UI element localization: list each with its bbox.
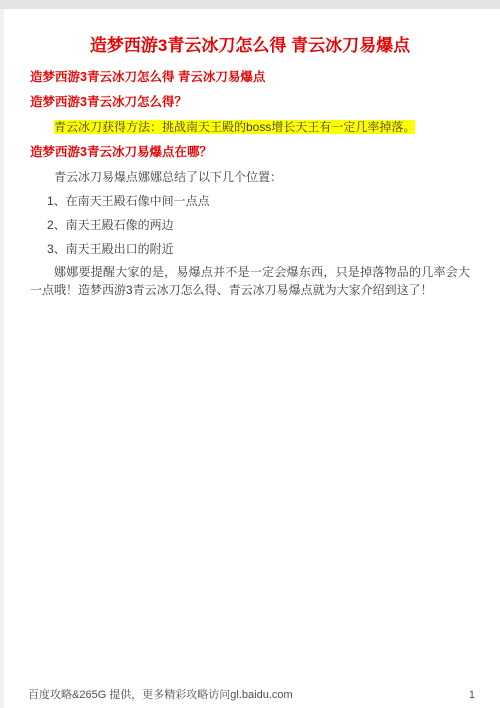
highlighted-answer-text: 青云冰刀获得方法：挑战南天王殿的boss增长天王有一定几率掉落。 [54, 120, 415, 134]
page-footer: 百度攻略&265G 提供，更多精彩攻略访问gl.baidu.com 1 [28, 686, 475, 702]
answer-paragraph: 青云冰刀获得方法：挑战南天王殿的boss增长天王有一定几率掉落。 [30, 119, 470, 135]
location-item-1: 1、在南天王殿石像中间一点点 [30, 193, 470, 209]
left-edge-strip [0, 9, 4, 708]
document-page: 造梦西游3青云冰刀怎么得 青云冰刀易爆点 造梦西游3青云冰刀怎么得 青云冰刀易爆… [0, 0, 500, 708]
article-subtitle: 造梦西游3青云冰刀怎么得 青云冰刀易爆点 [30, 69, 470, 85]
location-item-3: 3、南天王殿出口的附近 [30, 241, 470, 257]
conclusion-paragraph: 娜娜要提醒大家的是，易爆点并不是一定会爆东西，只是掉落物品的几率会大一点哦！造梦… [30, 264, 470, 299]
locations-intro: 青云冰刀易爆点娜娜总结了以下几个位置： [30, 169, 470, 185]
footer-provider-text: 百度攻略&265G 提供，更多精彩攻略访问gl.baidu.com [28, 686, 293, 702]
document-content: 造梦西游3青云冰刀怎么得 青云冰刀易爆点 造梦西游3青云冰刀怎么得 青云冰刀易爆… [30, 0, 470, 299]
location-item-2: 2、南天王殿石像的两边 [30, 217, 470, 233]
page-title: 造梦西游3青云冰刀怎么得 青云冰刀易爆点 [30, 35, 470, 57]
page-number: 1 [469, 689, 475, 701]
question-heading-how-to-get: 造梦西游3青云冰刀怎么得？ [30, 94, 470, 110]
question-heading-drop-spots: 造梦西游3青云冰刀易爆点在哪？ [30, 144, 470, 160]
locations-list: 1、在南天王殿石像中间一点点 2、南天王殿石像的两边 3、南天王殿出口的附近 [30, 193, 470, 257]
